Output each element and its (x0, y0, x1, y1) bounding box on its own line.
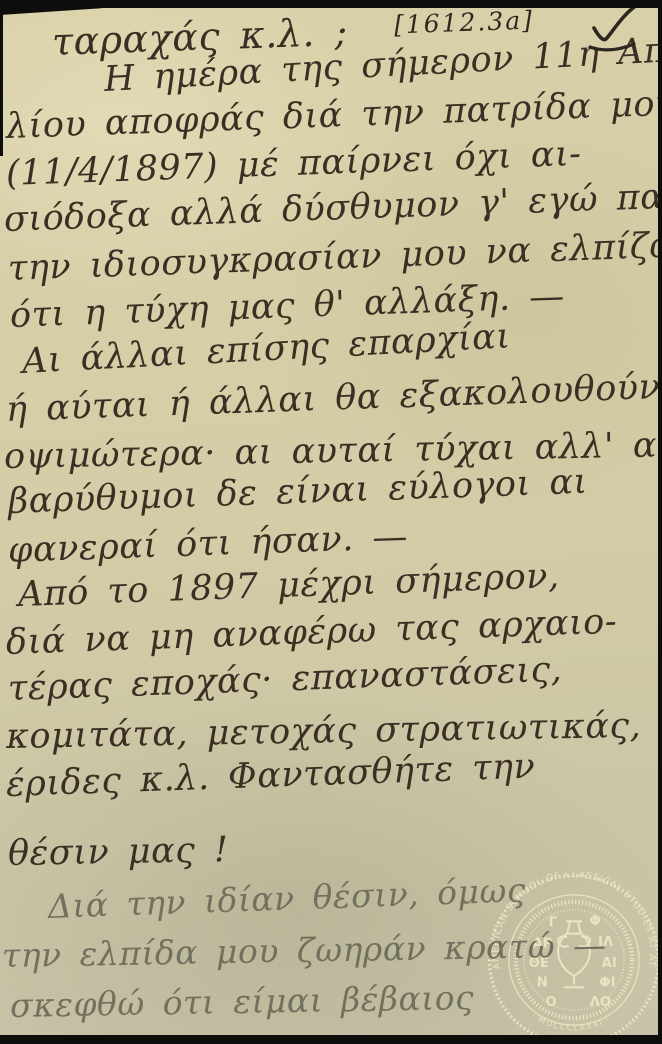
scan-edge-left (0, 6, 3, 156)
manuscript-line: θέσιν μας ! (8, 830, 229, 874)
archive-code: [1612.3a] (394, 6, 535, 40)
manuscript-line: σκεφθώ ότι είμαι βέβαιος (10, 978, 475, 1025)
manuscript-line: την ελπίδα μου ζωηράν κρατώ — (2, 925, 607, 975)
manuscript: ταραχάς κ.λ. ; Η ημέρα της σήμερον 11η Α… (0, 0, 662, 1044)
checkmark-icon (586, 0, 648, 60)
scanned-letter-page: [1612.3a] (0, 0, 662, 1044)
manuscript-line: κομιτάτα, μετοχάς στρατιωτικάς, (6, 706, 642, 757)
manuscript-line: Διά την ιδίαν θέσιν, όμως (47, 870, 526, 926)
scan-edge-bottom (0, 1035, 662, 1044)
scan-edge-right (658, 0, 662, 1044)
